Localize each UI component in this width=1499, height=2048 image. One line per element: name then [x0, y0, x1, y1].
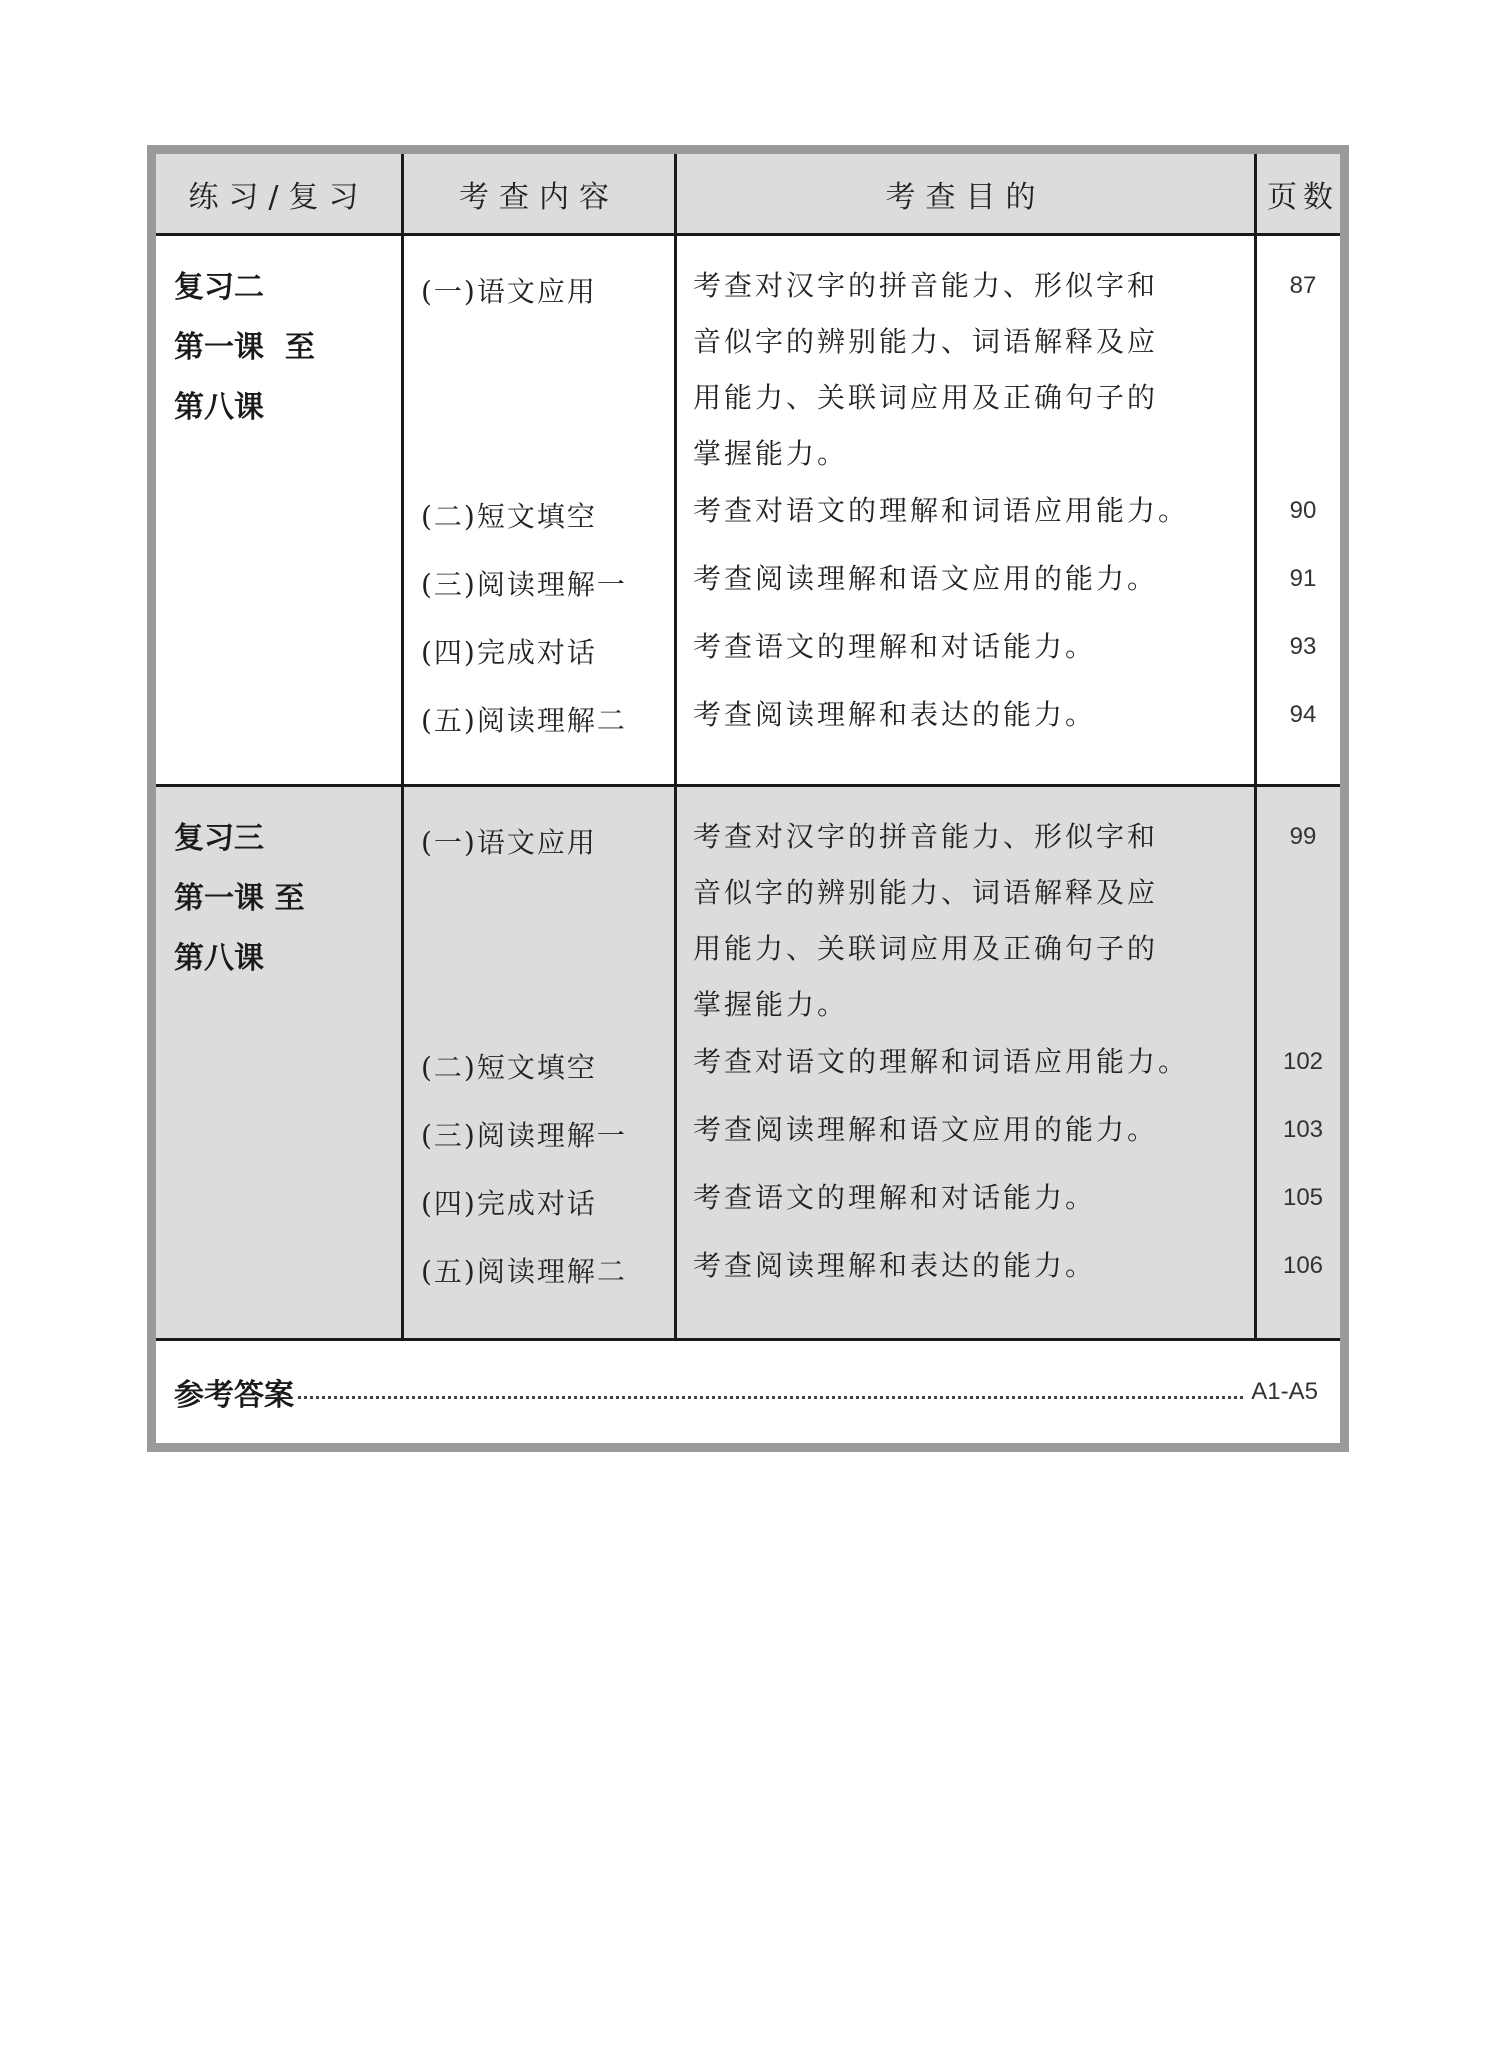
purpose-cell: 考查对语文的理解和词语应用能力。	[693, 1034, 1233, 1090]
page-number: 91	[1257, 565, 1349, 593]
unit-title: 复习二	[174, 258, 315, 318]
unit-range-end: 第八课	[174, 929, 304, 989]
purpose-cell: 考查阅读理解和语文应用的能力。	[693, 551, 1233, 607]
column-divider	[401, 236, 404, 784]
column-divider	[1254, 154, 1257, 233]
content-cell: (三)阅读理解一	[421, 563, 627, 603]
content-cell: (四)完成对话	[421, 1182, 597, 1222]
content-cell: (二)短文填空	[421, 1046, 597, 1086]
contents-table: 练习/复习 考查内容 考查目的 页数 复习二 第一课 至 第八课 (一)语文应用…	[156, 154, 1340, 1443]
purpose-line: 用能力、关联词应用及正确句子的	[693, 370, 1233, 426]
purpose-line: 音似字的辨别能力、词语解释及应	[693, 314, 1233, 370]
purpose-cell: 考查阅读理解和表达的能力。	[693, 1238, 1233, 1294]
header-content: 考查内容	[404, 154, 674, 233]
unit-title: 复习三	[174, 809, 304, 869]
purpose-cell: 考查语文的理解和对话能力。	[693, 1170, 1233, 1226]
purpose-line: 用能力、关联词应用及正确句子的	[693, 921, 1233, 977]
content-cell: (五)阅读理解二	[421, 699, 627, 739]
purpose-cell: 考查对语文的理解和词语应用能力。	[693, 483, 1233, 539]
answer-key-row: 参考答案 A1-A5	[156, 1341, 1340, 1443]
purpose-cell: 考查阅读理解和语文应用的能力。	[693, 1102, 1233, 1158]
content-cell: (二)短文填空	[421, 495, 597, 535]
purpose-cell: 考查阅读理解和表达的能力。	[693, 687, 1233, 743]
purpose-line: 考查对汉字的拼音能力、形似字和	[693, 809, 1233, 865]
content-cell: (一)语文应用	[421, 270, 597, 310]
purpose-cell: 考查对汉字的拼音能力、形似字和 音似字的辨别能力、词语解释及应 用能力、关联词应…	[693, 809, 1233, 1033]
purpose-cell: 考查对汉字的拼音能力、形似字和 音似字的辨别能力、词语解释及应 用能力、关联词应…	[693, 258, 1233, 482]
purpose-line: 掌握能力。	[693, 977, 1233, 1033]
purpose-line: 音似字的辨别能力、词语解释及应	[693, 865, 1233, 921]
content-cell: (四)完成对话	[421, 631, 597, 671]
unit-range-start: 第一课 至	[174, 318, 315, 378]
column-divider	[401, 787, 404, 1338]
page-number: 103	[1257, 1116, 1349, 1144]
page-number: 102	[1257, 1048, 1349, 1076]
content-cell: (五)阅读理解二	[421, 1250, 627, 1290]
column-divider	[674, 236, 677, 784]
purpose-line: 掌握能力。	[693, 426, 1233, 482]
page-number: 93	[1257, 633, 1349, 661]
unit-label: 复习二 第一课 至 第八课	[174, 258, 315, 438]
page-number: 99	[1257, 823, 1349, 851]
unit-label: 复习三 第一课 至 第八课	[174, 809, 304, 989]
page-number: 90	[1257, 497, 1349, 525]
unit-range-start: 第一课 至	[174, 869, 304, 929]
header-exercise: 练习/复习	[156, 154, 401, 233]
unit-range-end: 第八课	[174, 378, 315, 438]
column-divider	[674, 154, 677, 233]
page-number: 106	[1257, 1252, 1349, 1280]
content-cell: (三)阅读理解一	[421, 1114, 627, 1154]
page-number: 105	[1257, 1184, 1349, 1212]
dotted-leader	[298, 1396, 1243, 1399]
page-number: 94	[1257, 701, 1349, 729]
column-divider	[674, 787, 677, 1338]
purpose-cell: 考查语文的理解和对话能力。	[693, 619, 1233, 675]
header-pages: 页数	[1257, 154, 1349, 233]
purpose-line: 考查对汉字的拼音能力、形似字和	[693, 258, 1233, 314]
page-number: 87	[1257, 272, 1349, 300]
column-divider	[401, 154, 404, 233]
header-purpose: 考查目的	[677, 154, 1254, 233]
answer-key-label: 参考答案	[174, 1370, 294, 1414]
answer-key-pages: A1-A5	[1251, 1378, 1318, 1406]
section-review-2: 复习二 第一课 至 第八课 (一)语文应用 考查对汉字的拼音能力、形似字和 音似…	[156, 236, 1340, 787]
section-review-3: 复习三 第一课 至 第八课 (一)语文应用 考查对汉字的拼音能力、形似字和 音似…	[156, 787, 1340, 1341]
table-header-row: 练习/复习 考查内容 考查目的 页数	[156, 154, 1340, 236]
contents-table-frame: 练习/复习 考查内容 考查目的 页数 复习二 第一课 至 第八课 (一)语文应用…	[147, 145, 1349, 1452]
content-cell: (一)语文应用	[421, 821, 597, 861]
